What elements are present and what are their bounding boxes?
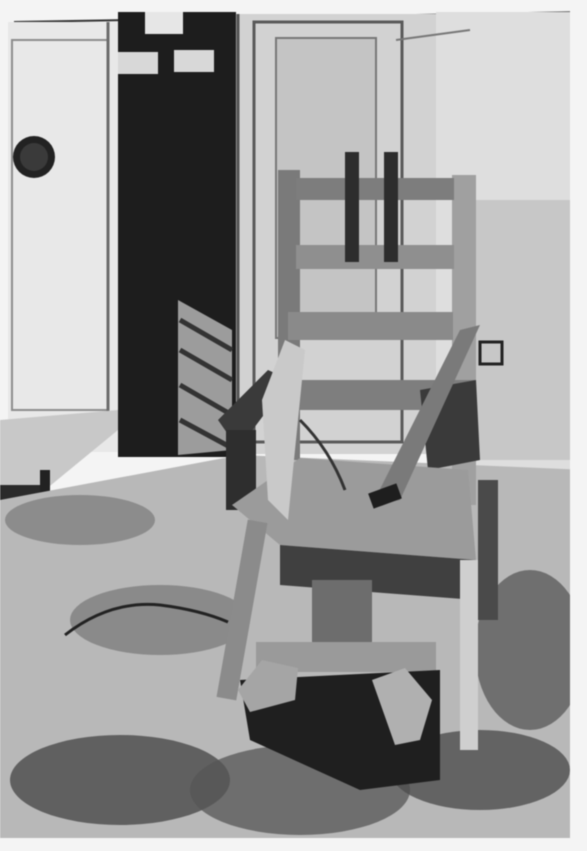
photo-scene bbox=[0, 0, 587, 851]
round-wall-fixture-icon bbox=[13, 136, 55, 178]
dark-doorway bbox=[118, 12, 236, 457]
photograph bbox=[0, 0, 587, 851]
left-wall-panel bbox=[8, 22, 126, 452]
